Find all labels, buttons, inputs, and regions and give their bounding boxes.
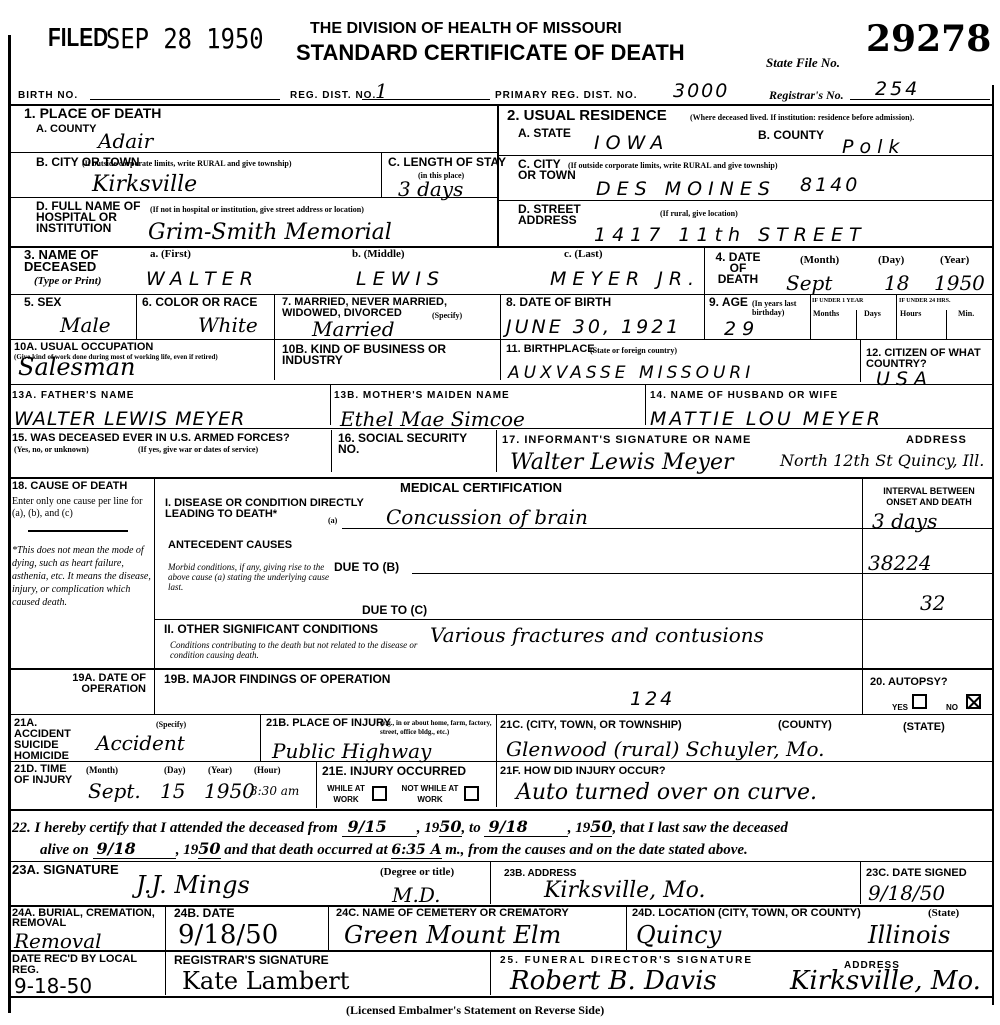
right-border	[992, 85, 994, 1005]
alive-on[interactable]: 9/18	[93, 839, 176, 859]
county-label: a. COUNTY	[36, 124, 97, 135]
spouse-label: 14. NAME OF HUSBAND OR WIFE	[650, 390, 838, 401]
injury-type[interactable]: Accident	[96, 732, 185, 754]
op-findings-label: 19b. MAJOR FINDINGS OF OPERATION	[164, 674, 390, 685]
burial-type-label: 24a. BURIAL, CREMATION, REMOVAL	[12, 908, 162, 928]
res-county-label: b. COUNTY	[758, 130, 824, 141]
dod-month-label: (Month)	[800, 256, 839, 265]
marital-value[interactable]: Married	[312, 318, 395, 340]
due-to-b-label: DUE TO (b)	[334, 562, 399, 573]
injury-state-label: (STATE)	[903, 722, 945, 733]
street-value[interactable]: 1417 11th STREET	[594, 224, 867, 246]
interval-b[interactable]: 38224	[868, 552, 932, 574]
autopsy-no-checkbox[interactable]	[966, 694, 981, 709]
not-while-at-work-label: NOT WHILE AT WORK	[398, 783, 462, 805]
armed-note-2: (If yes, give war or dates of service)	[138, 445, 258, 454]
dod-day[interactable]: 18	[884, 272, 909, 294]
birthplace-value[interactable]: AUXVASSE MISSOURI	[508, 362, 754, 384]
division-title: THE DIVISION OF HEALTH OF MISSOURI	[310, 20, 622, 38]
primary-reg-value[interactable]: 3000	[673, 80, 729, 102]
citizen-label: 12. CITIZEN OF WHAT COUNTRY?	[866, 348, 996, 370]
injury-place[interactable]: Public Highway	[272, 740, 431, 762]
how-label: 21f. HOW DID INJURY OCCUR?	[500, 766, 666, 777]
burial-location[interactable]: Quincy	[636, 924, 721, 946]
hospital-note: (If not in hospital or institution, give…	[150, 205, 364, 214]
hospital-label: d. FULL NAME OF HOSPITAL OR INSTITUTION	[36, 201, 146, 234]
attended-from-year[interactable]: 50	[439, 817, 461, 837]
other-note: Conditions contributing to the death but…	[170, 640, 430, 660]
date-signed-value[interactable]: 9/18/50	[868, 882, 945, 904]
antecedent-label: ANTECEDENT CAUSES	[168, 540, 292, 551]
occupation-label: 10a. USUAL OCCUPATION	[14, 342, 153, 353]
city-note: (If outside corporate limits, write RURA…	[82, 159, 292, 168]
sex-value[interactable]: Male	[60, 314, 111, 336]
res-state[interactable]: IOWA	[594, 132, 669, 154]
other-label: II. OTHER SIGNIFICANT CONDITIONS	[164, 624, 378, 635]
footer-note: (Licensed Embalmer's Statement on Revers…	[346, 1003, 604, 1018]
attended-to-year[interactable]: 50	[590, 817, 612, 837]
date-recd-value[interactable]: 9-18-50	[14, 974, 92, 998]
race-label: 6. COLOR OR RACE	[142, 297, 257, 308]
date-recd-label: DATE REC'D BY LOCAL REG.	[12, 954, 162, 976]
birthplace-note: (State or foreign country)	[590, 346, 677, 355]
injury-year-label: (Year)	[208, 766, 232, 775]
spouse-value[interactable]: MATTIE LOU MEYER	[650, 408, 883, 430]
first-name[interactable]: WALTER	[146, 268, 259, 290]
cemetery-value[interactable]: Green Mount Elm	[344, 924, 561, 946]
birth-no-label: BIRTH NO.	[18, 90, 78, 101]
cause-label: 18. CAUSE OF DEATH	[12, 481, 127, 492]
age-note: (In years last birthday)	[752, 299, 807, 317]
injury-place-note: (e.g., in or about home, farm, factory, …	[380, 719, 500, 737]
interval-c[interactable]: 32	[920, 592, 945, 614]
autopsy-label: 20. AUTOPSY?	[870, 677, 948, 688]
dob-value[interactable]: JUNE 30, 1921	[506, 316, 681, 338]
cause-footnote: *This does not mean the mode of dying, s…	[12, 544, 154, 609]
while-at-work-label: WHILE AT WORK	[322, 783, 370, 805]
antecedent-note: Morbid conditions, if any, giving rise t…	[168, 562, 333, 592]
cause-a-value[interactable]: Concussion of brain	[386, 506, 588, 528]
sex-label: 5. SEX	[24, 297, 61, 308]
certification-line-1: 22. I hereby certify that I attended the…	[12, 816, 992, 839]
hospital-value[interactable]: Grim-Smith Memorial	[148, 222, 392, 244]
usual-residence-label: 2. USUAL RESIDENCE	[507, 110, 667, 121]
armed-label: 15. WAS DECEASED EVER IN U.S. ARMED FORC…	[12, 433, 290, 444]
stay-label: c. LENGTH OF STAY	[388, 157, 506, 168]
armed-note-1: (Yes, no, or unknown)	[14, 445, 89, 454]
occupation-value[interactable]: Salesman	[18, 356, 135, 378]
name-label: 3. NAME OF DECEASED	[24, 249, 124, 273]
attended-from[interactable]: 9/15	[342, 817, 417, 837]
injury-type-label: 21a. ACCIDENT SUICIDE HOMICIDE	[14, 718, 84, 762]
birthplace-label: 11. BIRTHPLACE	[506, 344, 595, 355]
funeral-address[interactable]: Kirksville, Mo.	[790, 970, 981, 992]
death-city[interactable]: Kirksville	[92, 174, 197, 196]
injury-month-label: (Month)	[86, 766, 118, 775]
state-file-no-label: State File No.	[766, 58, 840, 68]
dod-month[interactable]: Sept	[786, 272, 832, 294]
burial-date[interactable]: 9/18/50	[178, 924, 278, 946]
funeral-director-label: 25. FUNERAL DIRECTOR'S SIGNATURE	[500, 955, 753, 966]
dod-day-label: (Day)	[878, 256, 904, 265]
page-title: STANDARD CERTIFICATE OF DEATH	[296, 40, 685, 66]
informant-address[interactable]: North 12th St Quincy, Ill.	[780, 450, 984, 472]
burial-state-label: (State)	[928, 909, 959, 918]
physician-signature[interactable]: J.J. Mings	[136, 874, 250, 896]
injury-month[interactable]: Sept.	[88, 780, 141, 802]
injury-location[interactable]: Glenwood (rural) Schuyler, Mo.	[506, 738, 825, 760]
registrar-signature[interactable]: Kate Lambert	[182, 970, 349, 992]
middle-label: b. (Middle)	[352, 250, 405, 259]
dod-year[interactable]: 1950	[934, 272, 985, 294]
injury-occurred-label: 21e. INJURY OCCURRED	[322, 766, 466, 777]
place-of-death-label: 1. PLACE OF DEATH	[24, 108, 161, 119]
last-label: c. (Last)	[564, 250, 603, 259]
filed-date: SEP 28 1950	[106, 22, 264, 55]
primary-reg-label: PRIMARY REG. DIST. NO.	[495, 90, 638, 101]
filed-stamp: FILED	[48, 22, 108, 53]
first-label: a. (First)	[150, 250, 191, 259]
while-at-work-checkbox[interactable]	[372, 786, 387, 801]
age-value[interactable]: 29	[724, 318, 760, 340]
interval-label: INTERVAL BETWEEN ONSET AND DEATH	[868, 486, 990, 508]
op-findings-value[interactable]: 124	[630, 688, 675, 710]
mother-label: 13b. MOTHER'S MAIDEN NAME	[334, 390, 510, 401]
father-value[interactable]: WALTER LEWIS MEYER	[14, 408, 245, 430]
burial-state[interactable]: Illinois	[868, 924, 950, 946]
months-label: Months	[813, 309, 839, 318]
burial-date-label: 24b. DATE	[174, 908, 234, 919]
marital-note: (Specify)	[432, 311, 462, 320]
injury-hour-label: (Hour)	[254, 766, 281, 775]
funeral-director-signature[interactable]: Robert B. Davis	[510, 970, 717, 992]
marital-label: 7. MARRIED, NEVER MARRIED, WIDOWED, DIVO…	[282, 297, 502, 319]
autopsy-no-label: NO	[946, 702, 958, 713]
street-label: d. STREET ADDRESS	[518, 204, 598, 226]
injury-location-label: 21c. (CITY, TOWN, OR TOWNSHIP)	[500, 720, 682, 731]
injury-place-label: 21b. PLACE OF INJURY	[266, 718, 391, 729]
res-city-note: (If outside corporate limits, write RURA…	[568, 161, 778, 170]
alive-on-year[interactable]: 50	[198, 839, 220, 859]
cemetery-label: 24c. NAME OF CEMETERY OR CREMATORY	[336, 908, 569, 919]
last-name[interactable]: MEYER JR.	[550, 268, 700, 290]
injury-year[interactable]: 1950	[204, 780, 255, 802]
degree-value[interactable]: M.D.	[392, 884, 441, 906]
mother-value[interactable]: Ethel Mae Simcoe	[340, 408, 525, 430]
citizen-value[interactable]: USA	[876, 368, 933, 390]
signature-label: 23a. SIGNATURE	[12, 864, 119, 875]
informant-value[interactable]: Walter Lewis Meyer	[510, 452, 734, 474]
race-value[interactable]: White	[198, 314, 258, 336]
business-label: 10b. KIND OF BUSINESS OR INDUSTRY	[282, 344, 492, 366]
under1-label: IF UNDER 1 YEAR	[812, 297, 863, 306]
state-file-no: 29278	[866, 18, 991, 60]
ssn-label: 16. SOCIAL SECURITY NO.	[338, 433, 488, 455]
autopsy-yes-checkbox[interactable]	[912, 694, 927, 709]
dod-year-label: (Year)	[940, 256, 969, 265]
death-time[interactable]: 6:35 A	[391, 842, 441, 859]
left-border	[8, 35, 11, 1013]
under24-label: IF UNDER 24 HRS.	[899, 297, 950, 306]
how-value[interactable]: Auto turned over on curve.	[516, 782, 817, 804]
injury-day[interactable]: 15	[160, 780, 185, 802]
certification-line-2: alive on 9/18, 1950 and that death occur…	[40, 838, 748, 861]
middle-name[interactable]: LEWIS	[356, 268, 445, 290]
condition-label: I. DISEASE OR CONDITION DIRECTLY LEADING…	[165, 498, 385, 520]
date-signed-label: 23c. DATE SIGNED	[866, 868, 967, 879]
physician-address[interactable]: Kirksville, Mo.	[544, 880, 706, 902]
autopsy-yes-label: YES	[892, 702, 908, 713]
registrar-no-value[interactable]: 254	[875, 78, 920, 100]
injury-county-label: (COUNTY)	[778, 720, 832, 731]
usual-residence-note: (Where deceased lived. If institution: r…	[690, 113, 914, 122]
degree-label: (Degree or title)	[380, 868, 454, 877]
cause-note: Enter only one cause per line for (a), (…	[12, 496, 154, 520]
name-note: (Type or Print)	[34, 276, 101, 286]
informant-label: 17. INFORMANT'S SIGNATURE OR NAME	[502, 435, 751, 446]
registrar-signature-label: REGISTRAR'S SIGNATURE	[174, 955, 329, 966]
other-value[interactable]: Various fractures and contusions	[430, 624, 850, 646]
burial-type[interactable]: Removal	[14, 930, 102, 952]
informant-address-label: ADDRESS	[906, 435, 967, 446]
days-label: Days	[864, 309, 881, 318]
dod-label: 4. DATE OF DEATH	[710, 252, 766, 285]
not-while-at-work-checkbox[interactable]	[464, 786, 479, 801]
dob-label: 8. DATE OF BIRTH	[506, 297, 611, 308]
father-label: 13a. FATHER'S NAME	[12, 390, 134, 401]
injury-hour[interactable]: 3:30 am	[250, 780, 299, 802]
medical-title: MEDICAL CERTIFICATION	[400, 482, 562, 493]
res-city[interactable]: DES MOINES	[596, 178, 776, 200]
injury-type-note: (Specify)	[156, 720, 186, 729]
burial-location-label: 24d. LOCATION (City, town, or county)	[632, 908, 861, 919]
hours-label: Hours	[900, 309, 921, 318]
street-note: (If rural, give location)	[660, 209, 738, 218]
res-state-label: a. STATE	[518, 128, 571, 139]
attended-to[interactable]: 9/18	[484, 817, 567, 837]
min-label: Min.	[958, 309, 974, 318]
res-city-code[interactable]: 8140	[800, 174, 860, 196]
injury-time-label: 21d. TIME OF INJURY	[14, 764, 74, 786]
death-county[interactable]: Adair	[98, 130, 153, 152]
registrar-no-label: Registrar's No.	[769, 90, 844, 100]
age-label: 9. AGE	[709, 297, 748, 308]
due-to-c-label: DUE TO (c)	[362, 605, 427, 616]
op-date-label: 19a. DATE OF OPERATION	[14, 673, 146, 695]
cause-a-label: (a)	[328, 516, 337, 525]
injury-day-label: (Day)	[164, 766, 186, 775]
